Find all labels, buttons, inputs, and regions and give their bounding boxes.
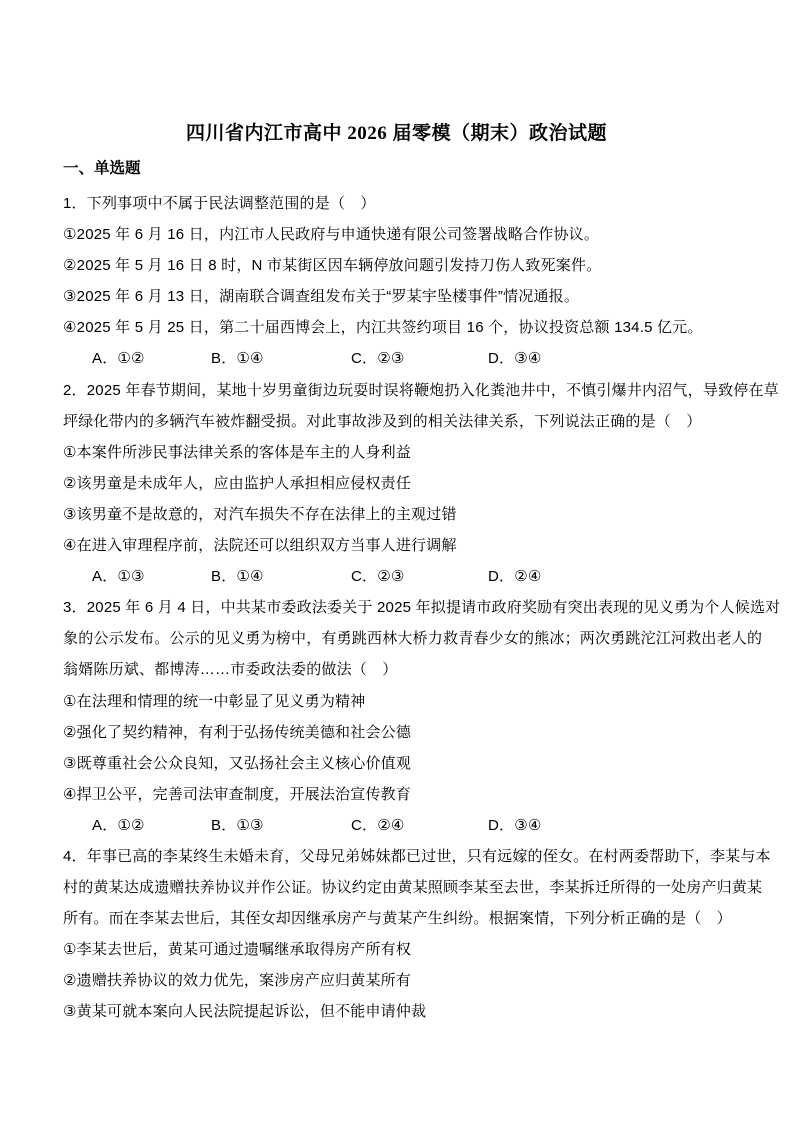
question-1-options-row: A．①② B．①④ C．②③ D．③④ — [63, 343, 739, 374]
question-stem-line: 象的公示发布。公示的见义勇为榜中，有勇跳西林大桥力救青春少女的熊冰；两次勇跳沱江… — [63, 623, 739, 654]
option-b: B．①④ — [211, 561, 351, 592]
question-item-line: ④捍卫公平，完善司法审查制度，开展法治宣传教育 — [63, 779, 739, 810]
option-d: D．②④ — [488, 561, 739, 592]
question-item-line: ①2025 年 6 月 16 日，内江市人民政府与申通快递有限公司签署战略合作协… — [63, 219, 739, 250]
option-a: A．①③ — [92, 561, 211, 592]
question-item-line: ④2025 年 5 月 25 日，第二十届西博会上，内江共签约项目 16 个，协… — [63, 312, 739, 343]
question-1: 1．下列事项中不属于民法调整范围的是（ ） ①2025 年 6 月 16 日，内… — [63, 188, 739, 375]
question-item-line: ③2025 年 6 月 13 日，湖南联合调查组发布关于“罗某宇坠楼事件”情况通… — [63, 281, 739, 312]
option-c: C．②③ — [351, 561, 488, 592]
option-b: B．①③ — [211, 810, 351, 841]
question-stem-line: 4．年事已高的李某终生未婚未育，父母兄弟姊妹都已过世，只有远嫁的侄女。在村两委帮… — [63, 841, 739, 872]
question-3: 3．2025 年 6 月 4 日，中共某市委政法委关于 2025 年拟提请市政府… — [63, 592, 739, 841]
option-a: A．①② — [92, 810, 211, 841]
question-item-line: ②2025 年 5 月 16 日 8 时，N 市某街区因车辆停放问题引发持刀伤人… — [63, 250, 739, 281]
question-stem-line: 3．2025 年 6 月 4 日，中共某市委政法委关于 2025 年拟提请市政府… — [63, 592, 739, 623]
question-item-line: ④在进入审理程序前，法院还可以组织双方当事人进行调解 — [63, 530, 739, 561]
exam-paper-page: 四川省内江市高中 2026 届零模（期末）政治试题 一、单选题 1．下列事项中不… — [0, 0, 793, 1122]
question-item-line: ②遗赠扶养协议的效力优先，案涉房产应归黄某所有 — [63, 965, 739, 996]
question-stem-line: 村的黄某达成遗赠扶养协议并作公证。协议约定由黄某照顾李某至去世，李某拆迁所得的一… — [63, 872, 739, 903]
question-item-line: ③该男童不是故意的，对汽车损失不存在法律上的主观过错 — [63, 499, 739, 530]
question-2-options-row: A．①③ B．①④ C．②③ D．②④ — [63, 561, 739, 592]
option-d: D．③④ — [488, 343, 739, 374]
question-stem-line: 翁婿陈历斌、都博涛……市委政法委的做法（ ） — [63, 654, 739, 685]
question-item-line: ①李某去世后，黄某可通过遗嘱继承取得房产所有权 — [63, 934, 739, 965]
question-item-line: ①在法理和情理的统一中彰显了见义勇为精神 — [63, 686, 739, 717]
question-4: 4．年事已高的李某终生未婚未育，父母兄弟姊妹都已过世，只有远嫁的侄女。在村两委帮… — [63, 841, 739, 1028]
option-d: D．③④ — [488, 810, 739, 841]
question-stem-line: 1．下列事项中不属于民法调整范围的是（ ） — [63, 188, 739, 219]
question-item-line: ③黄某可就本案向人民法院提起诉讼，但不能申请仲裁 — [63, 996, 739, 1027]
question-stem-line: 所有。而在李某去世后，其侄女却因继承房产与黄某产生纠纷。根据案情，下列分析正确的… — [63, 903, 739, 934]
question-3-options-row: A．①② B．①③ C．②④ D．③④ — [63, 810, 739, 841]
question-stem-line: 2．2025 年春节期间，某地十岁男童街边玩耍时误将鞭炮扔入化粪池井中，不慎引爆… — [63, 375, 739, 406]
option-c: C．②④ — [351, 810, 488, 841]
option-c: C．②③ — [351, 343, 488, 374]
question-stem-line: 坪绿化带内的多辆汽车被炸翻受损。对此事故涉及到的相关法律关系，下列说法正确的是（… — [63, 406, 739, 437]
document-body: 一、单选题 1．下列事项中不属于民法调整范围的是（ ） ①2025 年 6 月 … — [63, 156, 739, 1028]
question-item-line: ③既尊重社会公众良知，又弘扬社会主义核心价值观 — [63, 748, 739, 779]
page-title: 四川省内江市高中 2026 届零模（期末）政治试题 — [0, 121, 793, 147]
question-2: 2．2025 年春节期间，某地十岁男童街边玩耍时误将鞭炮扔入化粪池井中，不慎引爆… — [63, 375, 739, 593]
option-b: B．①④ — [211, 343, 351, 374]
question-item-line: ②该男童是未成年人，应由监护人承担相应侵权责任 — [63, 468, 739, 499]
option-a: A．①② — [92, 343, 211, 374]
section-heading: 一、单选题 — [63, 156, 739, 188]
question-item-line: ②强化了契约精神，有利于弘扬传统美德和社会公德 — [63, 717, 739, 748]
question-item-line: ①本案件所涉民事法律关系的客体是车主的人身利益 — [63, 437, 739, 468]
